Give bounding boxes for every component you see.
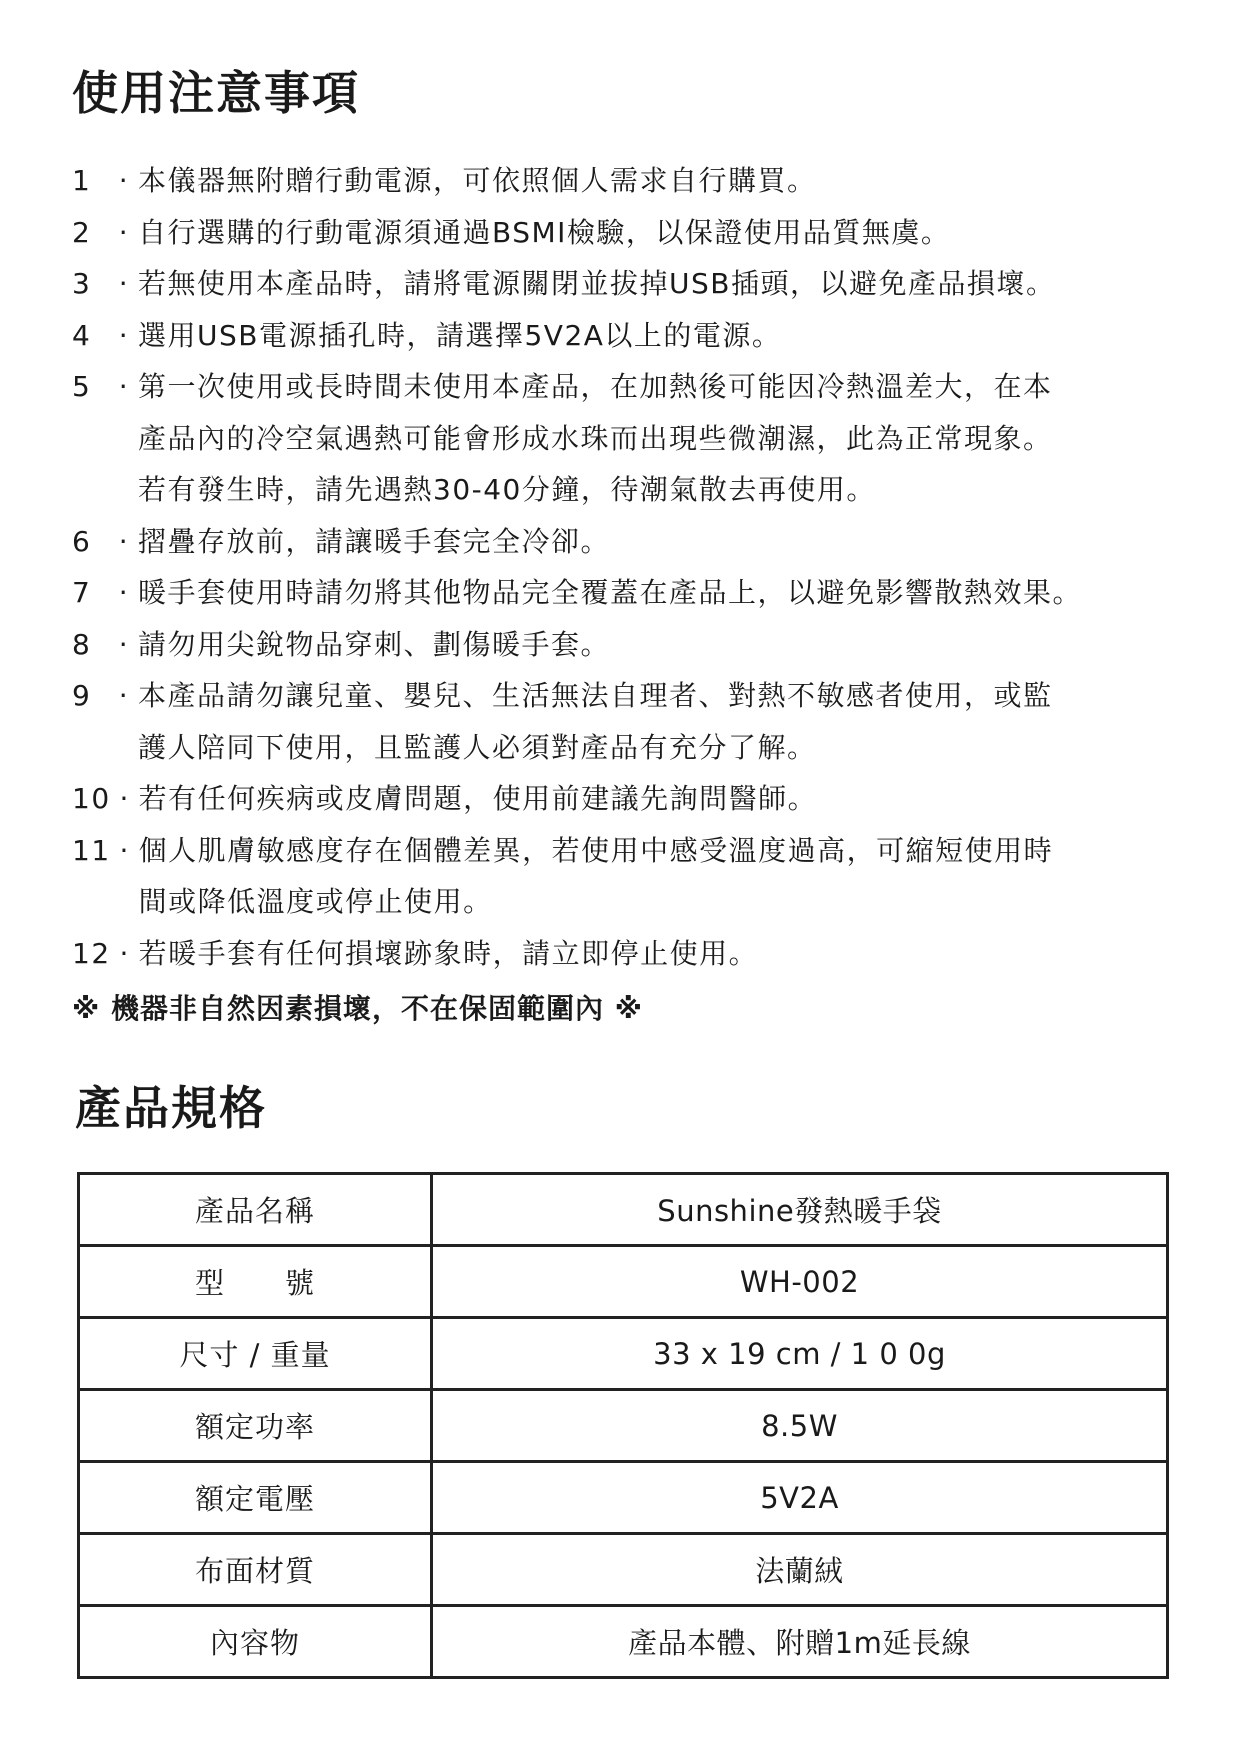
notice-item: 4 · 選用USB電源插孔時，請選擇5V2A以上的電源。 [72,310,1222,362]
notice-item: 11 · 個人肌膚敏感度存在個體差異，若使用中感受溫度過高，可縮短使用時 間或降… [72,825,1222,928]
spec-value: 8.5W [432,1390,1168,1462]
notice-number: 1 [72,155,110,207]
notice-line: 自行選購的行動電源須通過BSMI檢驗，以保證使用品質無虞。 [138,207,1222,259]
table-row: 額定功率 8.5W [79,1390,1168,1462]
notice-item: 2 · 自行選購的行動電源須通過BSMI檢驗，以保證使用品質無虞。 [72,207,1222,259]
notice-bullet-dot: · [110,155,138,207]
notice-bullet-dot: · [110,516,138,568]
notice-number: 10 [72,773,111,825]
notice-item: 5 · 第一次使用或長時間未使用本產品，在加熱後可能因冷熱溫差大，在本 產品內的… [72,361,1222,516]
notice-bullet-dot: · [111,928,139,980]
notice-item: 10 · 若有任何疾病或皮膚問題，使用前建議先詢問醫師。 [72,773,1222,825]
notice-line: 個人肌膚敏感度存在個體差異，若使用中感受溫度過高，可縮短使用時 [139,825,1222,877]
spec-value: 產品本體、附贈1m延長線 [432,1606,1168,1678]
notice-text: 第一次使用或長時間未使用本產品，在加熱後可能因冷熱溫差大，在本 產品內的冷空氣遇… [138,361,1222,516]
notice-line: 間或降低溫度或停止使用。 [139,876,1222,928]
notice-text: 自行選購的行動電源須通過BSMI檢驗，以保證使用品質無虞。 [138,207,1222,259]
notice-line: 若有發生時，請先遇熱30-40分鐘，待潮氣散去再使用。 [138,464,1222,516]
spec-label: 型 號 [79,1246,432,1318]
spec-label: 布面材質 [79,1534,432,1606]
page-title: 使用注意事項 [72,70,360,116]
notice-line: 若無使用本產品時，請將電源關閉並拔掉USB插頭，以避免產品損壞。 [138,258,1222,310]
notice-line: 第一次使用或長時間未使用本產品，在加熱後可能因冷熱溫差大，在本 [138,361,1222,413]
notice-line: 摺疊存放前，請讓暖手套完全冷卻。 [138,516,1222,568]
notice-item: 9 · 本產品請勿讓兒童、嬰兒、生活無法自理者、對熱不敏感者使用，或監 護人陪同… [72,670,1222,773]
notice-bullet-dot: · [110,361,138,516]
table-row: 內容物 產品本體、附贈1m延長線 [79,1606,1168,1678]
notice-line: 若有任何疾病或皮膚問題，使用前建議先詢問醫師。 [139,773,1222,825]
spec-table: 產品名稱 Sunshine發熱暖手袋 型 號 WH-002 尺寸 / 重量 33… [77,1172,1169,1679]
notice-number: 3 [72,258,110,310]
notice-bullet-dot: · [110,567,138,619]
spec-value: WH-002 [432,1246,1168,1318]
spec-label: 內容物 [79,1606,432,1678]
notice-bullet-dot: · [110,310,138,362]
notice-bullet-dot: · [111,773,139,825]
notice-number: 11 [72,825,111,928]
notice-line: 本產品請勿讓兒童、嬰兒、生活無法自理者、對熱不敏感者使用，或監 [138,670,1222,722]
notice-text: 本儀器無附贈行動電源，可依照個人需求自行購買。 [138,155,1222,207]
spec-value: 法蘭絨 [432,1534,1168,1606]
notice-item: 6 · 摺疊存放前，請讓暖手套完全冷卻。 [72,516,1222,568]
table-row: 額定電壓 5V2A [79,1462,1168,1534]
notice-bullet-dot: · [110,619,138,671]
notice-text: 請勿用尖銳物品穿刺、劃傷暖手套。 [138,619,1222,671]
notice-number: 8 [72,619,110,671]
notice-text: 選用USB電源插孔時，請選擇5V2A以上的電源。 [138,310,1222,362]
notice-list: 1 · 本儀器無附贈行動電源，可依照個人需求自行購買。 2 · 自行選購的行動電… [72,155,1222,979]
notice-line: 本儀器無附贈行動電源，可依照個人需求自行購買。 [138,155,1222,207]
notice-text: 本產品請勿讓兒童、嬰兒、生活無法自理者、對熱不敏感者使用，或監 護人陪同下使用，… [138,670,1222,773]
notice-bullet-dot: · [110,670,138,773]
notice-number: 6 [72,516,110,568]
notice-text: 暖手套使用時請勿將其他物品完全覆蓋在產品上，以避免影響散熱效果。 [138,567,1222,619]
table-row: 尺寸 / 重量 33 x 19 cm / 1 0 0g [79,1318,1168,1390]
table-row: 型 號 WH-002 [79,1246,1168,1318]
notice-number: 7 [72,567,110,619]
spec-label: 尺寸 / 重量 [79,1318,432,1390]
notice-bullet-dot: · [110,258,138,310]
notice-line: 若暖手套有任何損壞跡象時，請立即停止使用。 [139,928,1222,980]
notice-line: 產品內的冷空氣遇熱可能會形成水珠而出現些微潮濕，此為正常現象。 [138,413,1222,465]
notice-text: 若暖手套有任何損壞跡象時，請立即停止使用。 [139,928,1222,980]
notice-text: 摺疊存放前，請讓暖手套完全冷卻。 [138,516,1222,568]
notice-text: 若有任何疾病或皮膚問題，使用前建議先詢問醫師。 [139,773,1222,825]
notice-number: 4 [72,310,110,362]
notice-item: 3 · 若無使用本產品時，請將電源關閉並拔掉USB插頭，以避免產品損壞。 [72,258,1222,310]
spec-label: 產品名稱 [79,1174,432,1246]
spec-section-title: 產品規格 [75,1085,267,1131]
spec-value: Sunshine發熱暖手袋 [432,1174,1168,1246]
spec-label: 額定電壓 [79,1462,432,1534]
notice-number: 2 [72,207,110,259]
notice-line: 暖手套使用時請勿將其他物品完全覆蓋在產品上，以避免影響散熱效果。 [138,567,1222,619]
notice-text: 若無使用本產品時，請將電源關閉並拔掉USB插頭，以避免產品損壞。 [138,258,1222,310]
notice-line: 選用USB電源插孔時，請選擇5V2A以上的電源。 [138,310,1222,362]
notice-bullet-dot: · [111,825,139,928]
notice-number: 9 [72,670,110,773]
notice-line: 護人陪同下使用，且監護人必須對產品有充分了解。 [138,722,1222,774]
spec-value: 5V2A [432,1462,1168,1534]
table-row: 布面材質 法蘭絨 [79,1534,1168,1606]
table-row: 產品名稱 Sunshine發熱暖手袋 [79,1174,1168,1246]
spec-value: 33 x 19 cm / 1 0 0g [432,1318,1168,1390]
notice-bullet-dot: · [110,207,138,259]
notice-item: 1 · 本儀器無附贈行動電源，可依照個人需求自行購買。 [72,155,1222,207]
warranty-note: ※ 機器非自然因素損壞，不在保固範圍內 ※ [72,995,643,1023]
notice-text: 個人肌膚敏感度存在個體差異，若使用中感受溫度過高，可縮短使用時 間或降低溫度或停… [139,825,1222,928]
notice-number: 5 [72,361,110,516]
notice-item: 12 · 若暖手套有任何損壞跡象時，請立即停止使用。 [72,928,1222,980]
notice-number: 12 [72,928,111,980]
notice-item: 7 · 暖手套使用時請勿將其他物品完全覆蓋在產品上，以避免影響散熱效果。 [72,567,1222,619]
spec-label: 額定功率 [79,1390,432,1462]
notice-item: 8 · 請勿用尖銳物品穿刺、劃傷暖手套。 [72,619,1222,671]
notice-line: 請勿用尖銳物品穿刺、劃傷暖手套。 [138,619,1222,671]
